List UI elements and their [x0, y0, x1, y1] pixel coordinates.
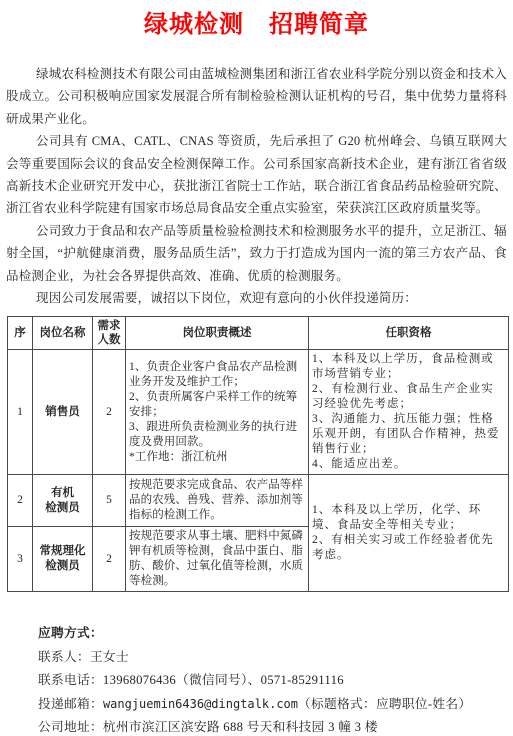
- cell-seq: 2: [8, 475, 33, 527]
- cell-seq: 1: [8, 350, 33, 475]
- contact-address: 公司地址：杭州市滨江区滨安路 688 号天和科技园 3 幢 3 楼: [38, 716, 507, 736]
- intro-paragraph-2: 公司具有 CMA、CATL、CNAS 等资质，先后承担了 G20 杭州峰会、乌镇…: [6, 130, 507, 220]
- contact-email-label: 投递邮箱：: [38, 697, 103, 711]
- cell-duties: 按规范要求从事土壤、肥料中氮磷钾有机质等检测，食品中蛋白、脂肪、酸价、过氧化值等…: [126, 527, 309, 592]
- cell-duties: 1、负责企业客户食品农产品检测业务开发及维护工作； 2、负责所属客户采样工作的统…: [126, 350, 309, 475]
- contact-phone: 联系电话：13968076436（微信同号）、0571-85291116: [38, 669, 507, 693]
- contact-email-line: 投递邮箱：wangjuemin6436@dingtalk.com（标题格式：应聘…: [38, 693, 507, 717]
- cell-position: 有机 检测员: [33, 475, 93, 527]
- cell-count: 2: [93, 527, 126, 592]
- cell-count: 5: [93, 475, 126, 527]
- cell-count: 2: [93, 350, 126, 475]
- jobs-table: 序 岗位名称 需求 人数 岗位职责概述 任职资格 1 销售员 2 1、负责企业客…: [7, 316, 509, 592]
- header-qualifications: 任职资格: [309, 317, 509, 350]
- header-seq: 序: [8, 317, 33, 350]
- contact-email-address: wangjuemin6436@dingtalk.com: [103, 697, 298, 711]
- cell-qualifications: 1、本科及以上学历，食品检测或市场营销专业； 2、有检测行业、食品生产企业实习经…: [309, 350, 509, 475]
- intro-paragraph-3: 公司致力于食品和农产品等质量检验检测技术和检测服务水平的提升，立足浙江、辐射全国…: [6, 220, 507, 287]
- contact-heading: 应聘方式：: [38, 622, 507, 646]
- cell-duties: 按规范要求完成食品、农产品等样品的农残、兽残、营养、添加剂等指标的检测工作。: [126, 475, 309, 527]
- cell-seq: 3: [8, 527, 33, 592]
- contact-section: 应聘方式： 联系人：王女士 联系电话：13968076436（微信同号）、057…: [38, 622, 507, 736]
- cell-qualifications-merged: 1、本科及以上学历，化学、环境、食品安全等相关专业； 2、有相关实习或工作经验者…: [309, 475, 509, 592]
- intro-paragraph-1: 绿城农科检测技术有限公司由蓝城检测集团和浙江省农业科学院分别以资金和技术入股成立…: [6, 63, 507, 130]
- table-header-row: 序 岗位名称 需求 人数 岗位职责概述 任职资格: [8, 317, 509, 350]
- header-position: 岗位名称: [33, 317, 93, 350]
- header-duties: 岗位职责概述: [126, 317, 309, 350]
- table-row-salesperson: 1 销售员 2 1、负责企业客户食品农产品检测业务开发及维护工作； 2、负责所属…: [8, 350, 509, 475]
- recruitment-document: 绿城检测 招聘简章 绿城农科检测技术有限公司由蓝城检测集团和浙江省农业科学院分别…: [0, 0, 513, 736]
- intro-section: 绿城农科检测技术有限公司由蓝城检测集团和浙江省农业科学院分别以资金和技术入股成立…: [6, 63, 507, 309]
- contact-person: 联系人：王女士: [38, 646, 507, 670]
- contact-email-note: （标题格式：应聘职位-姓名）: [298, 697, 471, 711]
- intro-paragraph-4: 现因公司发展需要，诚招以下岗位，欢迎有意向的小伙伴投递简历：: [6, 287, 507, 309]
- cell-position: 常规理化 检测员: [33, 527, 93, 592]
- cell-position: 销售员: [33, 350, 93, 475]
- page-title: 绿城检测 招聘简章: [6, 12, 507, 37]
- header-count: 需求 人数: [93, 317, 126, 350]
- table-row-organic-tester: 2 有机 检测员 5 按规范要求完成食品、农产品等样品的农残、兽残、营养、添加剂…: [8, 475, 509, 527]
